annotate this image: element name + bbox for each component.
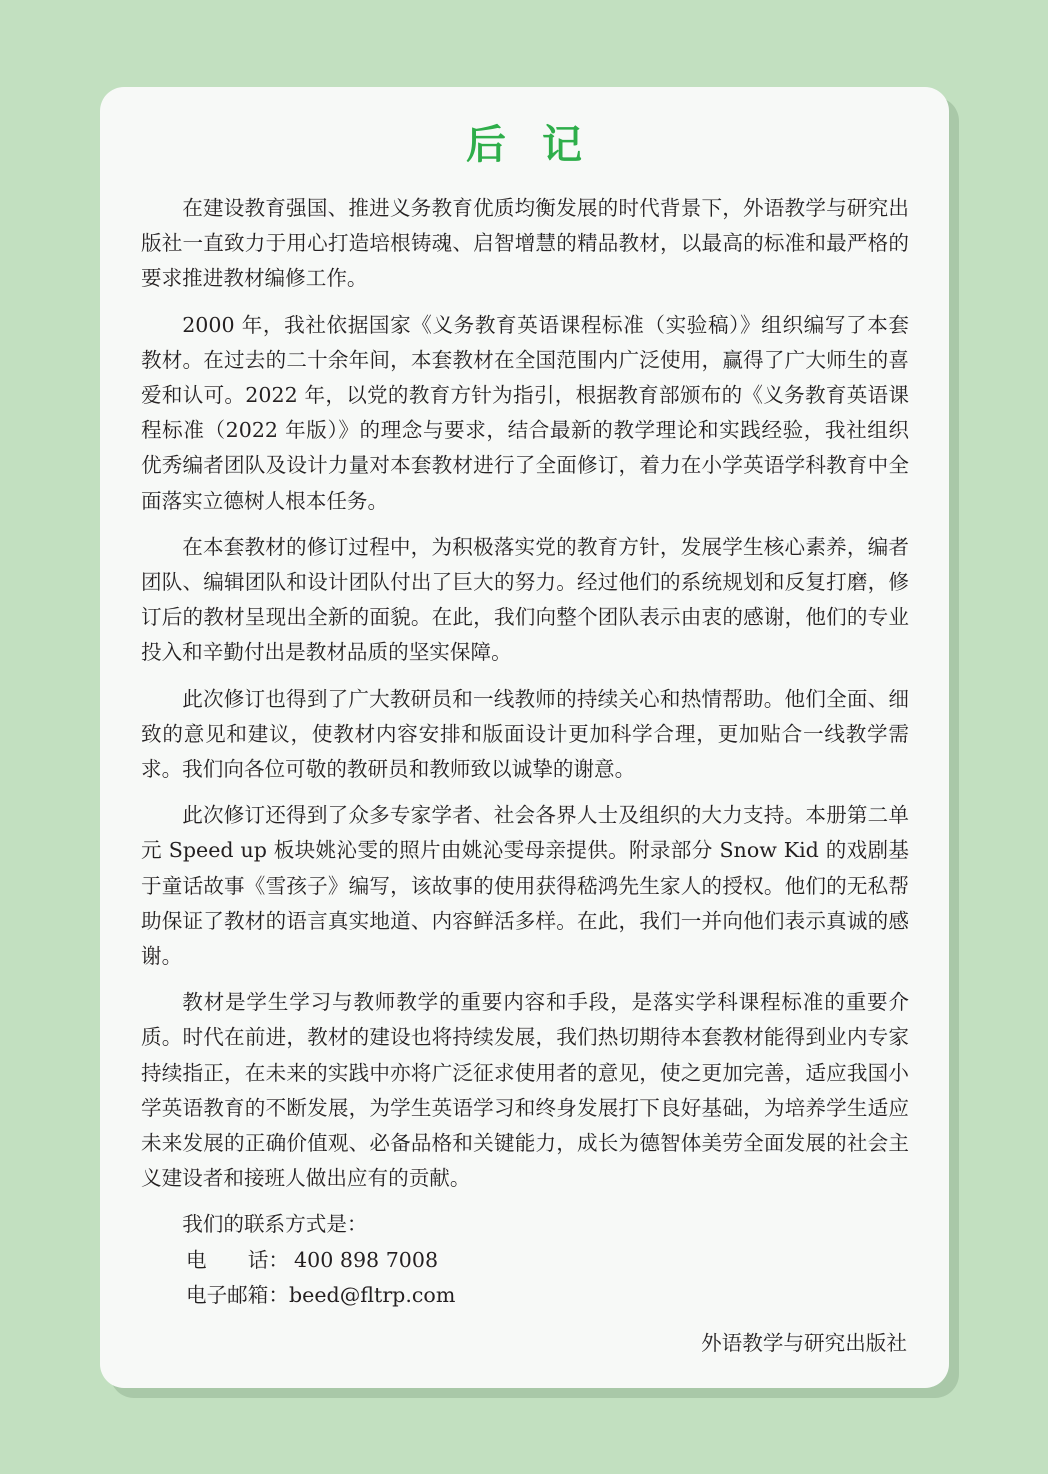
contact-email-row: 电子邮箱： beed@fltrp.com — [141, 1278, 909, 1314]
paragraph-4: 此次修订也得到了广大教研员和一线教师的持续关心和热情帮助。他们全面、细致的意见和… — [141, 682, 909, 788]
paragraph-5: 此次修订还得到了众多专家学者、社会各界人士及组织的大力支持。本册第二单元 Spe… — [141, 798, 909, 974]
email-label: 电子邮箱： — [186, 1278, 289, 1314]
phone-label: 电 话： — [186, 1243, 294, 1279]
afterword-body: 在建设教育强国、推进义务教育优质均衡发展的时代背景下，外语教学与研究出版社一直致… — [141, 191, 909, 1314]
publisher-signature: 外语教学与研究出版社 — [701, 1326, 907, 1361]
email-value: beed@fltrp.com — [289, 1278, 455, 1314]
paragraph-6: 教材是学生学习与教师教学的重要内容和手段，是落实学科课程标准的重要介质。时代在前… — [141, 985, 909, 1196]
paragraph-3: 在本套教材的修订过程中，为积极落实党的教育方针，发展学生核心素养，编者团队、编辑… — [141, 530, 909, 671]
paragraph-1: 在建设教育强国、推进义务教育优质均衡发展的时代背景下，外语教学与研究出版社一直致… — [141, 191, 909, 297]
contact-block: 我们的联系方式是： 电 话： 400 898 7008 电子邮箱： beed@f… — [141, 1207, 909, 1314]
page-title: 后记 — [0, 120, 1048, 170]
paragraph-2: 2000 年，我社依据国家《义务教育英语课程标准（实验稿）》组织编写了本套教材。… — [141, 308, 909, 519]
contact-phone-row: 电 话： 400 898 7008 — [141, 1243, 909, 1279]
phone-value: 400 898 7008 — [294, 1243, 438, 1279]
contact-intro: 我们的联系方式是： — [141, 1207, 909, 1243]
